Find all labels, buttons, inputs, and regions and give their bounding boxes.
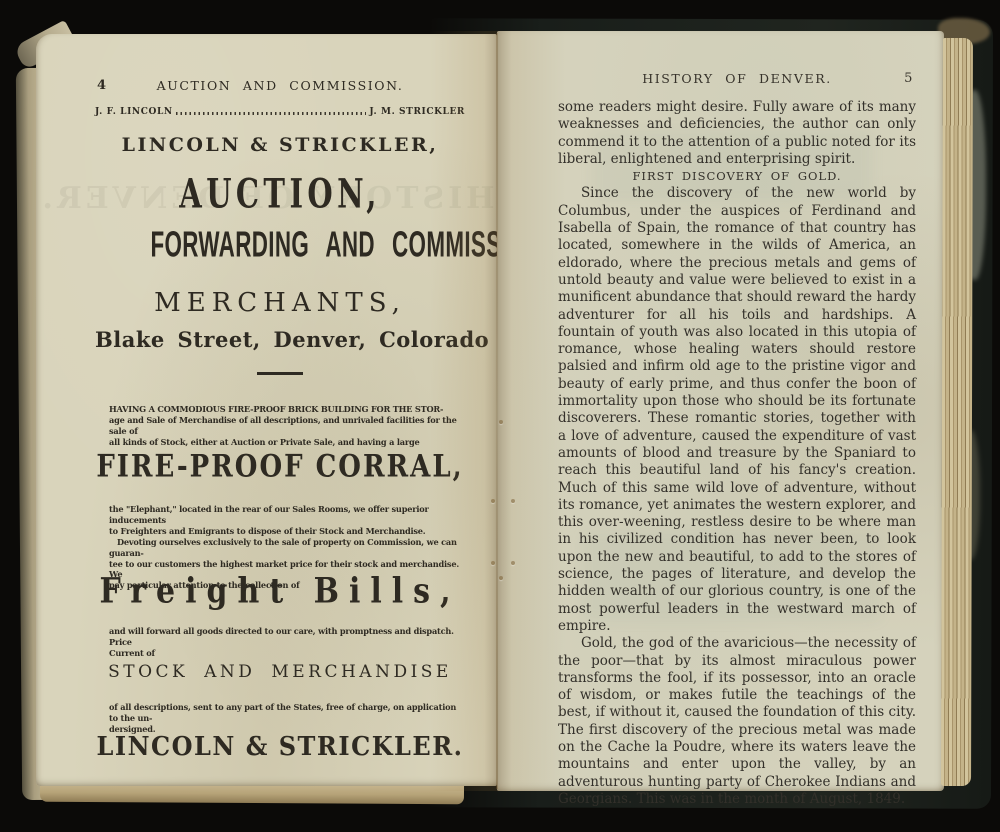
stitch-hole	[511, 561, 515, 565]
auction-heading: AUCTION,	[117, 170, 443, 218]
page-number-right: 5	[904, 71, 914, 86]
discovery-paragraph: Since the discovery of the new world by …	[558, 185, 916, 635]
left-page-header: 4 AUCTION AND COMMISSION.	[95, 78, 465, 93]
right-page-header: HISTORY OF DENVER. 5	[558, 71, 916, 86]
freight-bills-heading: Freight Bills,	[95, 571, 465, 612]
partner-left-name: J. F. LINCOLN	[95, 107, 173, 117]
body-text: some readers might desire. Fully aware o…	[558, 99, 916, 808]
stitch-hole	[511, 499, 515, 503]
right-page: HISTORY OF DENVER. 5 some readers might …	[497, 31, 944, 791]
dotted-leader	[176, 112, 367, 115]
intro-paragraph: some readers might desire. Fully aware o…	[558, 99, 916, 168]
fire-proof-corral-heading: FIRE-PROOF CORRAL,	[95, 449, 465, 484]
partner-right-name: J. M. STRICKLER	[369, 107, 465, 117]
gold-paragraph: Gold, the god of the avaricious—the nece…	[558, 635, 916, 808]
right-page-content: HISTORY OF DENVER. 5 some readers might …	[558, 71, 916, 808]
address-line: Blake Street, Denver, Colorado	[95, 327, 465, 352]
section-heading: FIRST DISCOVERY OF GOLD.	[558, 168, 916, 185]
stitch-hole	[491, 561, 495, 565]
stitch-hole	[491, 499, 495, 503]
fore-edge-pages	[941, 38, 973, 786]
running-head-right: HISTORY OF DENVER.	[642, 71, 832, 86]
partners-row: J. F. LINCOLN J. M. STRICKLER	[95, 107, 465, 117]
storage-paragraph: HAVING A COMMODIOUS FIRE-PROOF BRICK BUI…	[95, 404, 465, 448]
stitch-hole	[499, 420, 503, 424]
merchants-heading: MERCHANTS,	[95, 288, 465, 318]
page-number-left: 4	[97, 78, 106, 93]
forwarding-goods-paragraph: and will forward all goods directed to o…	[95, 626, 465, 659]
forwarding-commission-heading: FORWARDING AND COMMISSION	[151, 224, 410, 265]
section-divider-rule	[257, 372, 303, 375]
stitch-hole	[499, 576, 503, 580]
firm-signature: LINCOLN & STRICKLER.	[95, 730, 465, 762]
running-head-left: AUCTION AND COMMISSION.	[157, 78, 404, 93]
left-page: HISTORY OF DENVER. 4 AUCTION AND COMMISS…	[36, 34, 497, 786]
firm-name-line: LINCOLN & STRICKLER,	[95, 134, 465, 156]
stock-merchandise-heading: STOCK AND MERCHANDISE	[95, 662, 465, 682]
